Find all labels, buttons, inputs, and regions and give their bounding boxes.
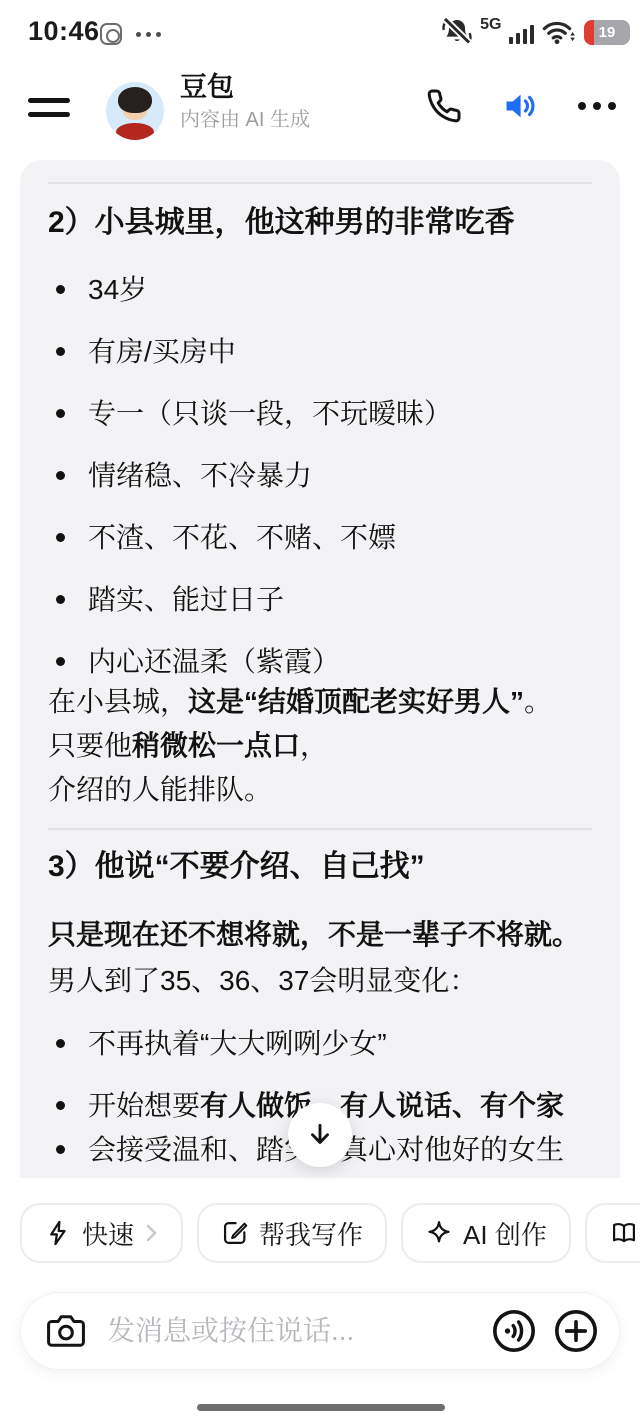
list-item: 有房/买房中: [48, 334, 592, 370]
signal-bars-icon: [509, 24, 535, 44]
message-input[interactable]: [105, 1314, 491, 1348]
menu-icon[interactable]: [28, 96, 70, 122]
clock-time: 10:46: [28, 16, 100, 47]
quick-action-chips: 快速 帮我写作: [0, 1203, 640, 1265]
scroll-to-bottom-button[interactable]: [288, 1103, 352, 1167]
plus-icon[interactable]: [553, 1308, 599, 1354]
status-app-icon: [100, 23, 122, 45]
ai-disclaimer: 内容由 AI 生成: [180, 106, 310, 134]
chip-ai-create[interactable]: AI 创作: [401, 1203, 571, 1263]
edit-icon: [221, 1219, 249, 1247]
chevron-right-icon: [144, 1221, 159, 1245]
chip-label: 帮我写作: [259, 1215, 363, 1252]
section-heading-2: 2）小县城里，他这种男的非常吃香: [48, 202, 592, 244]
sparkle-icon: [425, 1219, 453, 1247]
battery-percent: 19: [599, 24, 616, 41]
list-item: 不再执着“大大咧咧少女”: [48, 1026, 592, 1062]
chip-quick[interactable]: 快速: [20, 1203, 183, 1263]
paragraph-2: 只是现在还不想将就，不是一辈子不将就。男人到了35、36、37会明显变化：: [48, 912, 592, 1004]
more-options-icon[interactable]: [578, 102, 616, 110]
status-more-icon: [136, 32, 161, 37]
book-icon: [609, 1219, 639, 1247]
bullet-list-1: 34岁 有房/买房中 专一（只谈一段，不玩暧昧） 情绪稳、不冷暴力 不渣、不花、…: [48, 272, 592, 680]
network-type-label: 5G: [480, 16, 501, 34]
phone-call-icon[interactable]: [426, 88, 462, 124]
paragraph-1: 在小县城，这是“结婚顶配老实好男人”。只要他稍微松一点口，介绍的人能排队。: [48, 680, 592, 812]
camera-icon[interactable]: [45, 1312, 87, 1350]
wifi-icon: [541, 17, 577, 47]
message-composer[interactable]: [20, 1292, 620, 1370]
chip-label: AI 创作: [463, 1215, 547, 1252]
status-bar: 10:46 5G: [0, 0, 640, 62]
footer: 快速 帮我写作: [0, 1178, 640, 1422]
chat-scroll-area[interactable]: 2）小县城里，他这种男的非常吃香 34岁 有房/买房中 专一（只谈一段，不玩暧昧…: [20, 160, 620, 1178]
list-item: 情绪稳、不冷暴力: [48, 458, 592, 494]
page-title: 豆包: [180, 70, 310, 104]
list-item: 踏实、能过日子: [48, 582, 592, 618]
home-indicator[interactable]: [197, 1404, 445, 1411]
chip-doubao-learn[interactable]: 豆包爱学: [585, 1203, 640, 1263]
lightning-icon: [44, 1219, 72, 1247]
list-item: 不渣、不花、不赌、不嫖: [48, 520, 592, 556]
list-item: 内心还温柔（紫霞）: [48, 644, 592, 680]
notifications-muted-icon: [441, 16, 473, 48]
arrow-down-icon: [305, 1120, 335, 1150]
voice-input-icon[interactable]: [491, 1308, 537, 1354]
chip-label: 快速: [82, 1215, 134, 1252]
divider: [48, 828, 592, 830]
battery-fill: [584, 20, 594, 45]
divider: [48, 182, 592, 184]
chat-header: 豆包 内容由 AI 生成: [0, 62, 640, 158]
chip-write[interactable]: 帮我写作: [197, 1203, 387, 1263]
speaker-icon[interactable]: [500, 88, 540, 124]
list-item: 专一（只谈一段，不玩暧昧）: [48, 396, 592, 432]
battery-icon: 19: [584, 20, 630, 45]
doubao-chat-screen: 10:46 5G: [0, 0, 640, 1422]
section-heading-3: 3）他说“不要介绍、自己找”: [48, 846, 592, 888]
avatar[interactable]: [106, 82, 164, 140]
list-item: 34岁: [48, 272, 592, 308]
